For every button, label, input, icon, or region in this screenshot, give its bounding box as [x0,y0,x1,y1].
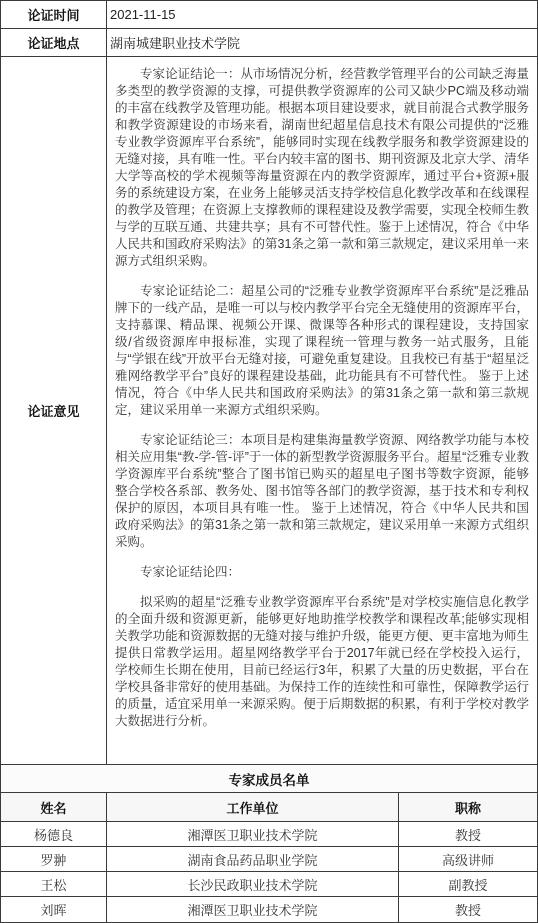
argumentation-document-table: 论证时间 2021-11-15 论证地点 湖南城建职业技术学院 论证意见 专家论… [0,0,538,923]
expert-header-org: 工作单位 [107,793,399,821]
expert-name: 王松 [1,872,107,896]
opinion-paragraph-4: 专家论证结论四： [115,564,529,581]
argument-place-label: 论证地点 [1,29,107,56]
expert-header-name: 姓名 [1,793,107,821]
expert-org: 湘潭医卫职业技术学院 [107,822,399,846]
opinion-paragraph-3: 专家论证结论三：本项目是构建集海量教学资源、网络教学功能与本校相关应用集“教-学… [115,432,529,551]
opinion-paragraph-5: 拟采购的超星“泛雅专业教学资源库平台系统”是对学校实施信息化教学的全面升级和资源… [115,594,529,730]
opinion-paragraph-1: 专家论证结论一：从市场情况分析，经营教学管理平台的公司缺乏海量多类型的教学资源的… [115,66,529,270]
expert-name: 罗翀 [1,847,107,871]
expert-header-title: 职称 [399,793,537,821]
expert-title: 副教授 [399,872,537,896]
expert-list-title-row: 专家成员名单 [1,765,537,793]
expert-org: 湖南食品药品职业学院 [107,847,399,871]
expert-name: 刘晖 [1,897,107,922]
expert-title: 教授 [399,822,537,846]
expert-table-header-row: 姓名 工作单位 职称 [1,793,537,822]
expert-table-row: 王松 长沙民政职业技术学院 副教授 [1,872,537,897]
expert-org: 长沙民政职业技术学院 [107,872,399,896]
argument-time-value: 2021-11-15 [107,1,537,28]
expert-title: 教授 [399,897,537,922]
expert-list-title: 专家成员名单 [1,765,537,792]
argument-place-row: 论证地点 湖南城建职业技术学院 [1,29,537,57]
expert-table-row: 罗翀 湖南食品药品职业学院 高级讲师 [1,847,537,872]
expert-table-row: 杨德良 湘潭医卫职业技术学院 教授 [1,822,537,847]
expert-table-row: 刘晖 湘潭医卫职业技术学院 教授 [1,897,537,922]
argument-opinion-content: 专家论证结论一：从市场情况分析，经营教学管理平台的公司缺乏海量多类型的教学资源的… [107,57,537,764]
argument-place-value: 湖南城建职业技术学院 [107,29,537,56]
argument-opinion-row: 论证意见 专家论证结论一：从市场情况分析，经营教学管理平台的公司缺乏海量多类型的… [1,57,537,765]
argument-time-row: 论证时间 2021-11-15 [1,1,537,29]
opinion-paragraph-2: 专家论证结论二：超星公司的“泛雅专业教学资源库平台系统”是泛雅品牌下的一线产品，… [115,283,529,419]
expert-title: 高级讲师 [399,847,537,871]
argument-time-label: 论证时间 [1,1,107,28]
expert-name: 杨德良 [1,822,107,846]
argument-opinion-label: 论证意见 [1,57,107,764]
expert-org: 湘潭医卫职业技术学院 [107,897,399,922]
